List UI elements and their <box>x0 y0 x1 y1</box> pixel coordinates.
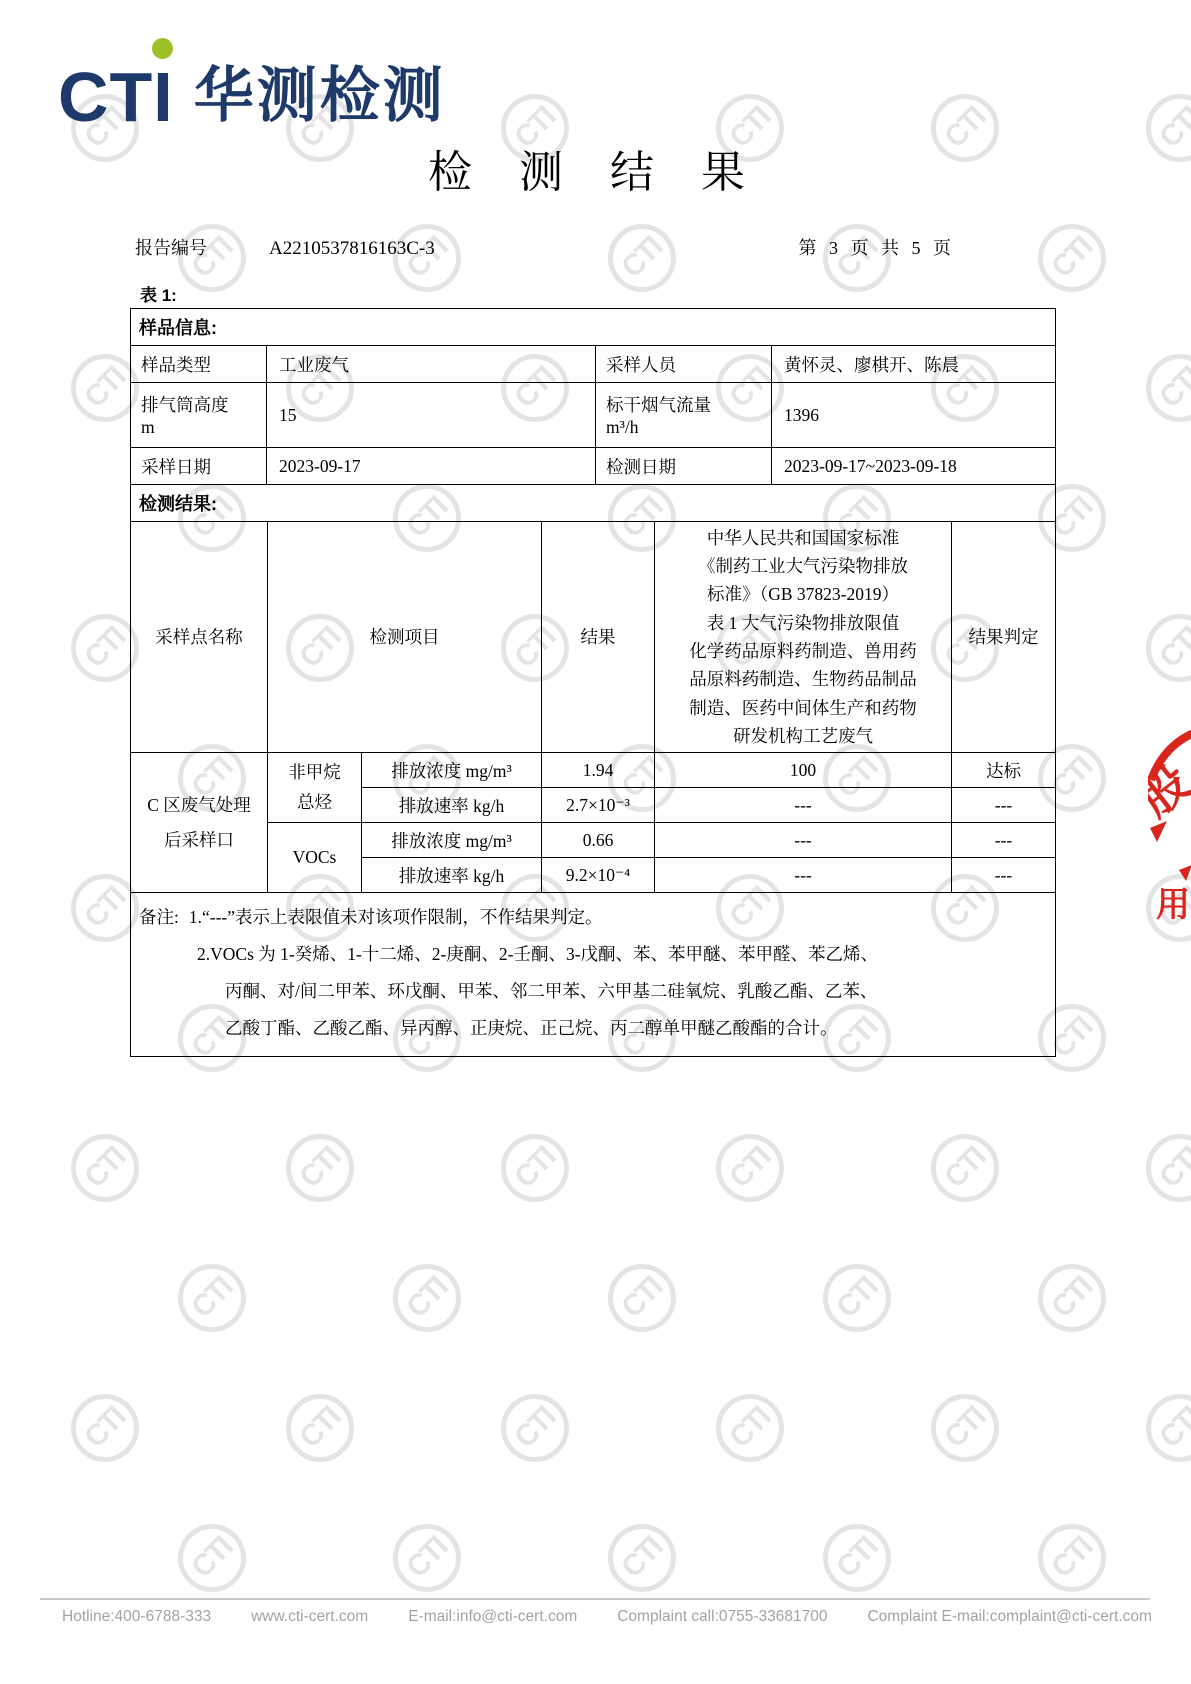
judgement-cell: --- <box>952 788 1056 823</box>
report-page: CTICTICTICTICTICTICTICTICTICTICTICTICTIC… <box>0 0 1191 1684</box>
page-title: 检 测 结 果 <box>0 136 1191 200</box>
sample-type-value: 工业废气 <box>267 346 596 383</box>
sampling-date-label: 采样日期 <box>131 448 267 485</box>
header-result: 结果 <box>542 521 655 753</box>
limit-cell: --- <box>655 823 952 858</box>
header-sampling-point: 采样点名称 <box>131 521 268 753</box>
limit-cell: --- <box>655 858 952 893</box>
cti-logo-chinese: 华测检测 <box>194 36 446 126</box>
header-test-item: 检测项目 <box>268 521 542 753</box>
cti-logo-green-dot-icon <box>152 38 173 59</box>
test-date-label: 检测日期 <box>596 448 772 485</box>
result-cell: 9.2×10⁻⁴ <box>542 858 655 893</box>
footer-divider <box>40 1598 1150 1600</box>
param-cell: 排放速率 kg/h <box>362 858 542 893</box>
remark-line-1: 1.“---”表示上表限值未对该项作限制，不作结果判定。 <box>189 907 603 927</box>
remark-row: 备注:1.“---”表示上表限值未对该项作限制，不作结果判定。 2.VOCs 为… <box>131 893 1056 1057</box>
flue-gas-flow-label: 标干烟气流量 m³/h <box>596 383 772 448</box>
limit-cell: 100 <box>655 753 952 788</box>
table-row: 样品类型 工业废气 采样人员 黄怀灵、廖棋开、陈晨 <box>131 346 1056 383</box>
report-number-value: A2210537816163C-3 <box>269 238 435 260</box>
cti-logo: CTI 华测检测 <box>58 36 446 132</box>
table-caption: 表 1: <box>140 281 177 306</box>
table-row: 采样日期 2023-09-17 检测日期 2023-09-17~2023-09-… <box>131 448 1056 485</box>
stack-height-label: 排气筒高度 m <box>131 383 267 448</box>
sample-info-table: 样品信息: 样品类型 工业废气 采样人员 黄怀灵、廖棋开、陈晨 排气筒高度 m … <box>130 308 1056 485</box>
page-number-info: 第 3 页 共 5 页 <box>799 234 956 260</box>
judgement-cell: --- <box>952 858 1056 893</box>
results-header-row: 采样点名称 检测项目 结果 中华人民共和国国家标准 《制药工业大气污染物排放 标… <box>131 521 1056 753</box>
remark-label: 备注: <box>139 907 179 927</box>
result-cell: 0.66 <box>542 823 655 858</box>
sampling-staff-label: 采样人员 <box>596 346 772 383</box>
footer-email: E-mail:info@cti-cert.com <box>408 1608 577 1626</box>
footer-website: www.cti-cert.com <box>251 1608 368 1626</box>
sample-info-section-title: 样品信息: <box>131 309 1056 346</box>
stack-height-value: 15 <box>267 383 596 448</box>
cti-logo-text: CTI <box>58 58 174 136</box>
seal-char-upper: 股 <box>1148 755 1191 826</box>
item-nmhc: 非甲烷 总烃 <box>268 753 362 823</box>
remark-line-2: 2.VOCs 为 1-癸烯、1-十二烯、2-庚酮、2-壬酮、3-戊酮、苯、苯甲醚… <box>139 936 1047 973</box>
param-cell: 排放浓度 mg/m³ <box>362 753 542 788</box>
table-row: C 区废气处理 后采样口 非甲烷 总烃 排放浓度 mg/m³ 1.94 100 … <box>131 753 1056 788</box>
limit-cell: --- <box>655 788 952 823</box>
page-content: CTI 华测检测 检 测 结 果 报告编号 A2210537816163C-3 … <box>0 0 1191 1684</box>
seal-mark-fragment <box>1179 865 1191 881</box>
sample-type-label: 样品类型 <box>131 346 267 383</box>
judgement-cell: --- <box>952 823 1056 858</box>
test-date-value: 2023-09-17~2023-09-18 <box>772 448 1056 485</box>
footer-complaint-email: Complaint E-mail:complaint@cti-cert.com <box>867 1608 1151 1626</box>
footer: Hotline:400-6788-333 www.cti-cert.com E-… <box>62 1608 1152 1626</box>
sampling-staff-value: 黄怀灵、廖棋开、陈晨 <box>772 346 1056 383</box>
sampling-point-name: C 区废气处理 后采样口 <box>131 753 268 893</box>
judgement-cell: 达标 <box>952 753 1056 788</box>
result-cell: 2.7×10⁻³ <box>542 788 655 823</box>
company-seal-fragment: 股 用章 <box>1148 718 1191 948</box>
param-cell: 排放浓度 mg/m³ <box>362 823 542 858</box>
remark-block: 备注:1.“---”表示上表限值未对该项作限制，不作结果判定。 2.VOCs 为… <box>137 895 1049 1054</box>
table-row: 排气筒高度 m 15 标干烟气流量 m³/h 1396 <box>131 383 1056 448</box>
remark-cell: 备注:1.“---”表示上表限值未对该项作限制，不作结果判定。 2.VOCs 为… <box>131 893 1056 1057</box>
remark-line-3: 丙酮、对/间二甲苯、环戊酮、甲苯、邻二甲苯、六甲基二硅氧烷、乳酸乙酯、乙苯、 <box>139 973 1047 1010</box>
table-row: VOCs 排放浓度 mg/m³ 0.66 --- --- <box>131 823 1056 858</box>
report-number-label: 报告编号 <box>135 234 207 260</box>
seal-char-lower: 用章 <box>1156 885 1191 924</box>
cti-logo-letters: CTI <box>58 36 174 132</box>
result-cell: 1.94 <box>542 753 655 788</box>
sampling-date-value: 2023-09-17 <box>267 448 596 485</box>
seal-star-fragment <box>1150 821 1167 842</box>
report-row: 报告编号 A2210537816163C-3 第 3 页 共 5 页 <box>135 234 955 260</box>
results-section-title: 检测结果: <box>131 484 1056 521</box>
results-table: 检测结果: 采样点名称 检测项目 结果 中华人民共和国国家标准 《制药工业大气污… <box>130 484 1056 1058</box>
footer-hotline: Hotline:400-6788-333 <box>62 1608 211 1626</box>
header-standard-limits: 中华人民共和国国家标准 《制药工业大气污染物排放 标准》（GB 37823-20… <box>655 521 952 753</box>
flue-gas-flow-value: 1396 <box>772 383 1056 448</box>
header-judgement: 结果判定 <box>952 521 1056 753</box>
tables-block: 样品信息: 样品类型 工业废气 采样人员 黄怀灵、廖棋开、陈晨 排气筒高度 m … <box>130 308 1055 1057</box>
footer-complaint-call: Complaint call:0755-33681700 <box>617 1608 827 1626</box>
remark-line-4: 乙酸丁酯、乙酸乙酯、异丙醇、正庚烷、正己烷、丙二醇单甲醚乙酸酯的合计。 <box>139 1010 1047 1047</box>
item-vocs: VOCs <box>268 823 362 893</box>
param-cell: 排放速率 kg/h <box>362 788 542 823</box>
